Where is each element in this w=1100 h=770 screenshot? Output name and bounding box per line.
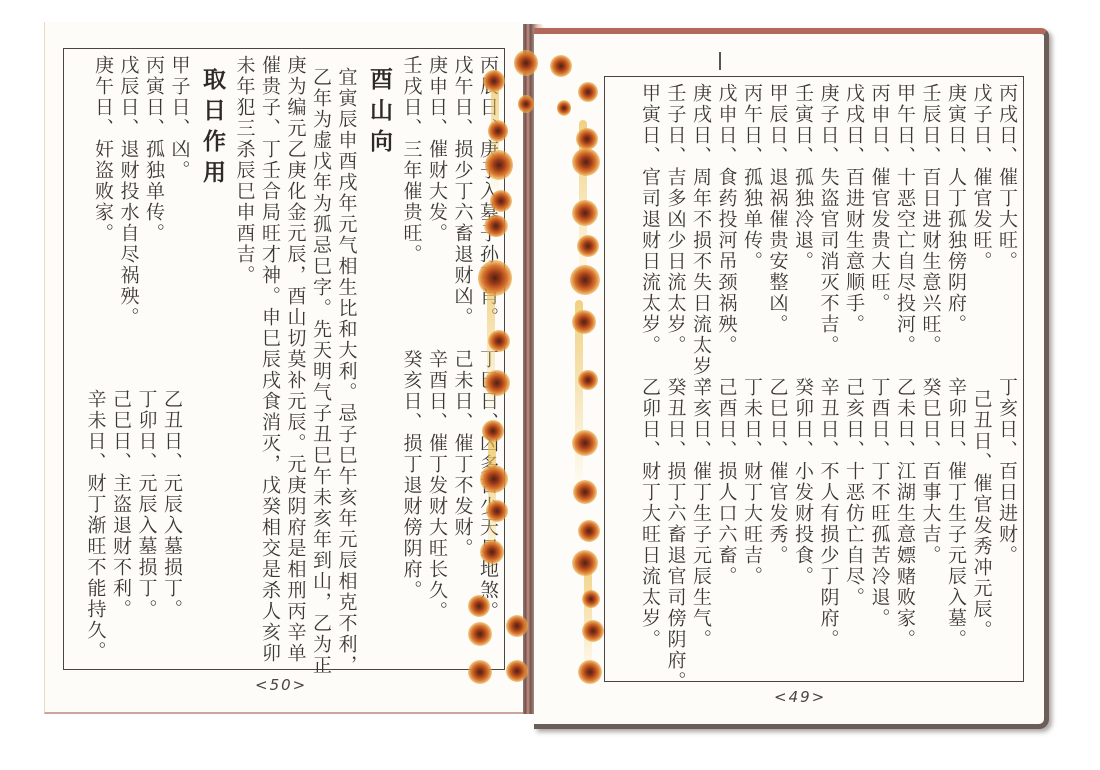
text-column: 丙申日、催官发贵大旺。 [866, 83, 892, 381]
stain-drip [584, 560, 592, 670]
section-title-quri: 取日作用 [200, 55, 226, 663]
rust-stain [572, 310, 596, 334]
rust-stain [573, 480, 597, 504]
text-column: 甲午日、十恶空亡自尽投河。 [892, 83, 918, 381]
text-column: 催贵子、丁壬合局旺才神。申巳辰戌食消灭，戊癸相交是杀人亥卯 [257, 55, 283, 663]
text-column: 丁未日、财丁大旺吉。 [739, 377, 765, 675]
left-page-lower-left-text: 乙丑日、元辰入墓损丁。 丁卯日、元辰入墓损丁。 己巳日、主盗退财不利。 辛未日、… [68, 389, 184, 663]
text-column: 乙巳日、催官发秀。 [764, 377, 790, 675]
right-page-lower-text: 丁亥日、百日进财。 己丑日、催官发秀冲元辰。 辛卯日、催丁生子元辰入墓。 癸巳日… [609, 377, 1019, 675]
rust-stain [490, 190, 512, 212]
rust-stain [506, 615, 528, 637]
text-column: 戊戌日、百进财生意顺手。 [841, 83, 867, 381]
margin-mark [719, 52, 721, 70]
rust-stain [578, 520, 600, 542]
rust-stain [582, 620, 604, 642]
text-column: 辛丑日、不人有损少丁阴府。 [815, 377, 841, 675]
text-column: 辛亥日、催丁生子元辰生气。 [688, 377, 714, 675]
rust-stain [576, 128, 598, 150]
text-column: 己丑日、催官发秀冲元辰。 [968, 377, 994, 675]
text-column: 乙丑日、元辰入墓损丁。 [159, 389, 185, 663]
text-column: 丁卯日、元辰入墓损丁。 [133, 389, 159, 663]
text-column: 壬子日、吉多凶少日流太岁。 [662, 83, 688, 381]
text-column: 乙年为虚戊年为孤忌巳字。先天明气子丑巳午未亥年到山，乙为正 [308, 55, 334, 663]
text-column: 壬辰日、百日进财生意兴旺。 [917, 83, 943, 381]
left-page: 丙辰日、庚子入墓子孙不肖。 戊午日、损少丁六畜退财凶。 庚申日、催财大发。 壬戌… [44, 22, 523, 714]
text-column: 癸亥日、损丁退财傍阴府。 [398, 349, 424, 663]
rust-stain [518, 95, 534, 113]
text-column: 甲辰日、退祸催贵安整凶。 [764, 83, 790, 381]
rust-stain [570, 265, 600, 295]
rust-stain [572, 550, 598, 576]
text-column: 庚寅日、人丁孤独傍阴府。 [943, 83, 969, 381]
rust-stain [572, 148, 600, 176]
rust-stain [578, 660, 602, 684]
rust-stain [488, 120, 508, 142]
text-column: 己巳日、主盗退财不利。 [108, 389, 134, 663]
text-column: 丁亥日、百日进财。 [994, 377, 1020, 675]
page-number: <50> [255, 676, 307, 694]
text-column: 癸卯日、小发财投食。 [790, 377, 816, 675]
text-column: 己酉日、损人口六畜。 [713, 377, 739, 675]
left-page-text-frame: 丙辰日、庚子入墓子孙不肖。 戊午日、损少丁六畜退财凶。 庚申日、催财大发。 壬戌… [63, 48, 505, 670]
rust-stain [578, 370, 598, 390]
rust-stain [468, 660, 492, 684]
text-column: 癸巳日、百事大吉。 [917, 377, 943, 675]
text-column: 辛卯日、催丁生子元辰入墓。 [943, 377, 969, 675]
rust-stain [484, 215, 508, 237]
text-column: 癸丑日、损丁六畜退官司傍阴府。 [662, 377, 688, 675]
text-column: 壬寅日、孤独冷退。 [790, 83, 816, 381]
rust-stain [484, 370, 510, 396]
text-column: 庚子日、失盗官司消灭不吉。 [815, 83, 841, 381]
text-column: 丙戌日、催丁大旺。 [994, 83, 1020, 381]
text-column: 乙卯日、财丁大旺日流太岁。 [637, 377, 663, 675]
text-column: 辛未日、财丁渐旺不能持久。 [82, 389, 108, 663]
rust-stain [572, 200, 598, 226]
text-column: 己亥日、十恶仿亡自尽。 [841, 377, 867, 675]
page-number: <49> [774, 688, 826, 706]
text-column: 丁酉日、丁不旺孤苦冷退。 [866, 377, 892, 675]
rust-stain [468, 595, 490, 617]
rust-stain [480, 465, 508, 493]
rust-stain [468, 622, 492, 646]
rust-stain [506, 660, 528, 682]
text-column: 戊申日、食药投河吊颈祸殃。 [713, 83, 739, 381]
right-page-text-frame: 丙戌日、催丁大旺。 戊子日、催官发旺。 庚寅日、人丁孤独傍阴府。 壬辰日、百日进… [604, 76, 1024, 682]
text-column: 辛酉日、催丁发财大旺长久。 [424, 349, 450, 663]
text-column: 甲寅日、官司退财日流太岁。 [637, 83, 663, 381]
rust-stain [550, 55, 572, 77]
text-column: 戊子日、催官发旺。 [968, 83, 994, 381]
rust-stain [572, 430, 598, 456]
right-page: 丙戌日、催丁大旺。 戊子日、催官发旺。 庚寅日、人丁孤独傍阴府。 壬辰日、百日进… [534, 28, 1049, 729]
rust-stain [486, 500, 508, 522]
rust-stain [582, 590, 600, 608]
text-column: 己未日、催丁不发财。 [449, 349, 475, 663]
right-page-upper-text: 丙戌日、催丁大旺。 戊子日、催官发旺。 庚寅日、人丁孤独傍阴府。 壬辰日、百日进… [609, 83, 1019, 381]
rust-stain [478, 260, 512, 296]
rust-stain [480, 540, 504, 564]
text-column: 乙未日、江湖生意嫖赌败家。 [892, 377, 918, 675]
text-column: 庚为编元乙庚化金元辰，酉山切莫补元辰。元庚阴府是相刑丙辛单 [282, 55, 308, 663]
rust-stain [482, 420, 504, 442]
rust-stain [483, 70, 505, 92]
rust-stain [557, 100, 571, 116]
rust-stain [577, 235, 599, 257]
text-column: 庚戌日、周年不损不失日流太岁。 [688, 83, 714, 381]
rust-stain [514, 50, 538, 76]
rust-stain [578, 82, 598, 102]
text-column: 未年犯三杀辰巳申酉吉。 [231, 55, 257, 663]
text-column: 丙午日、孤独单传。 [739, 83, 765, 381]
text-column: 宜寅辰申酉戌年元气相生比和大利。忌子巳午亥年元辰相克不利， [333, 55, 359, 663]
rust-stain [485, 150, 513, 180]
rust-stain [488, 330, 510, 352]
